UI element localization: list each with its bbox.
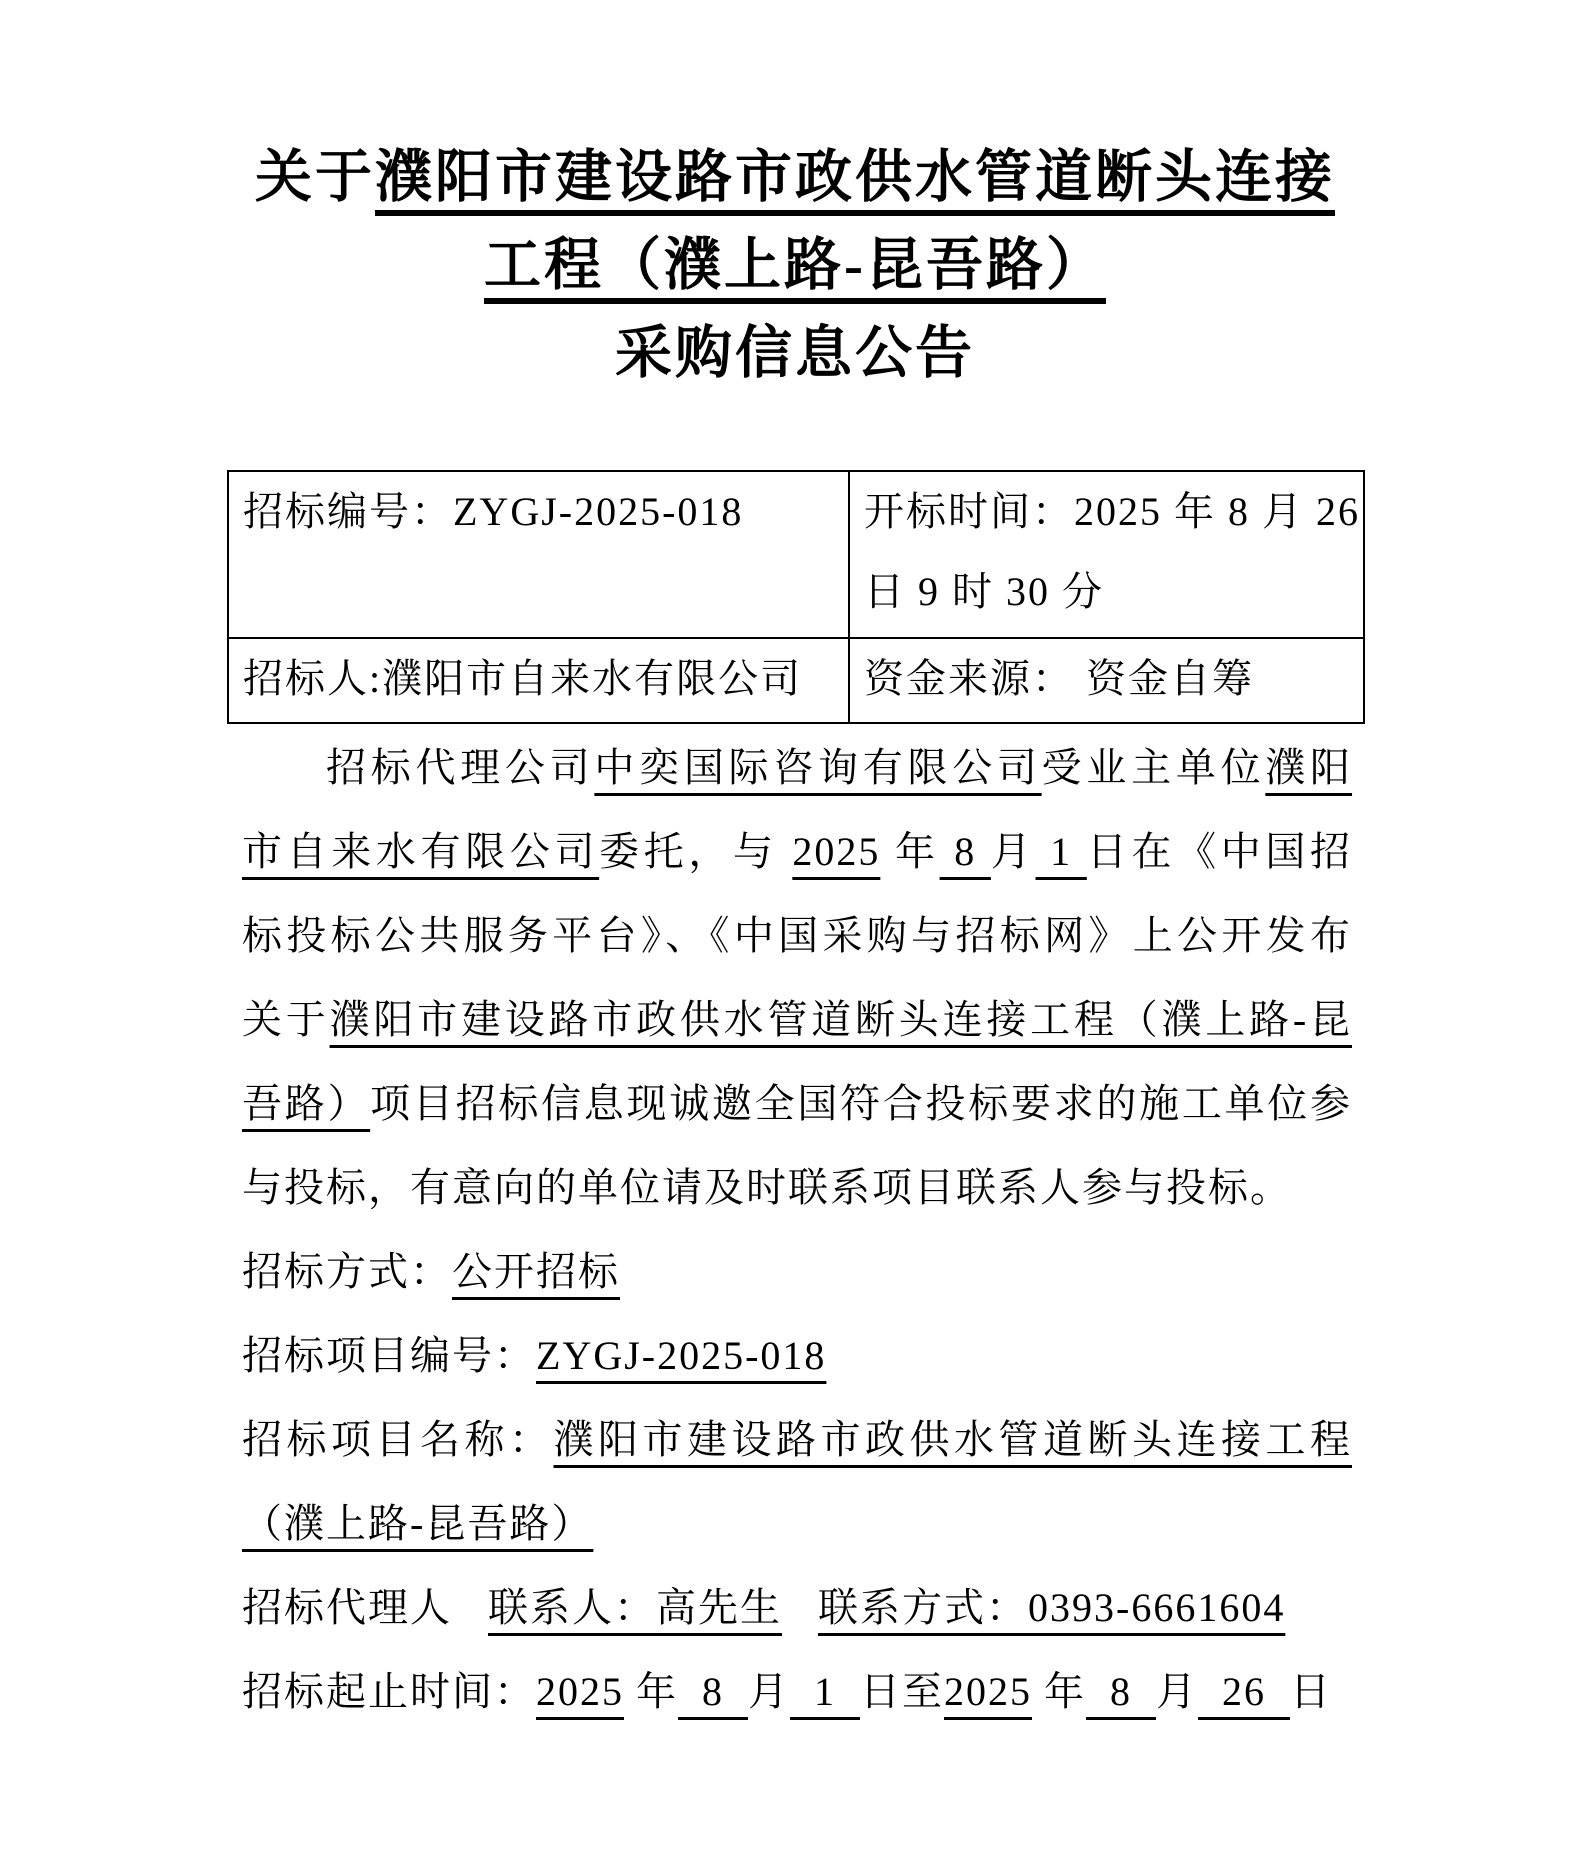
body-line: 与投标，有意向的单位请及时联系项目联系人参与投标。 [242,1146,1352,1230]
text-run: 受业主单位 [1042,745,1266,790]
text-run: 开标时间：2025 年 8 月 26 [864,489,1360,534]
cell-line: 资金来源： 资金自筹 [864,639,1349,719]
document-page: 关于濮阳市建设路市政供水管道断头连接工程（濮上路-昆吾路）采购信息公告 招标编号… [0,0,1587,1851]
cell-line: 开标时间：2025 年 8 月 26 [864,472,1349,552]
table-row: 招标人:濮阳市自来水有限公司资金来源： 资金自筹 [228,638,1364,723]
underlined-text-run: 26 [1198,1669,1290,1714]
text-run: 资金来源： 资金自筹 [864,656,1254,701]
underlined-text-run: 濮阳市建设路市政供水管道断头连接工程（濮上路-昆 [330,997,1352,1042]
document-title: 关于濮阳市建设路市政供水管道断头连接工程（濮上路-昆吾路）采购信息公告 [227,134,1363,398]
text-run: 委托，与 [599,829,792,874]
underlined-text-run: （濮上路-昆吾路） [242,1501,593,1546]
underlined-text-run: 濮阳市建设路市政供水管道断头连接 [375,146,1335,209]
text-run [452,1585,488,1630]
text-run: 月 [1156,1669,1198,1714]
text-run: 年 [880,829,939,874]
table-row: 招标编号：ZYGJ-2025-018开标时间：2025 年 8 月 26日 9 … [228,471,1364,638]
info-table: 招标编号：ZYGJ-2025-018开标时间：2025 年 8 月 26日 9 … [227,470,1365,724]
text-run: 标投标公共服务平台》、《中国采购与招标网》上公开发布 [242,913,1352,958]
underlined-text-run: ZYGJ-2025-018 [536,1333,826,1378]
underlined-text-run: 8 [678,1669,748,1714]
body-line: 标投标公共服务平台》、《中国采购与招标网》上公开发布 [242,894,1352,978]
underlined-text-run: 中奕国际咨询有限公司 [594,745,1041,790]
underlined-text-run: 联系方式：0393-6661604 [818,1585,1285,1630]
text-run: 招标人:濮阳市自来水有限公司 [243,656,802,701]
text-run: 招标代理人 [242,1585,452,1630]
body-line: 市自来水有限公司委托，与 2025 年 8 月 1 日在《中国招 [242,810,1352,894]
underlined-text-run: 工程（濮上路-昆吾路） [484,234,1106,297]
text-run: 月 [991,829,1036,874]
body-line: 招标项目名称：濮阳市建设路市政供水管道断头连接工程 [242,1398,1352,1482]
text-run: 日至 [860,1669,944,1714]
table-cell: 招标编号：ZYGJ-2025-018 [228,471,849,638]
text-run: 年 [1032,1669,1086,1714]
body-line: （濮上路-昆吾路） [242,1482,1352,1566]
underlined-text-run: 濮阳 [1265,745,1352,790]
text-run: 招标编号：ZYGJ-2025-018 [243,489,743,534]
text-run: 月 [748,1669,790,1714]
body-line: 招标代理人 联系人：高先生 联系方式：0393-6661604 [242,1566,1352,1650]
table-cell: 开标时间：2025 年 8 月 26日 9 时 30 分 [849,471,1364,638]
underlined-text-run: 1 [1036,829,1087,874]
underlined-text-run: 濮阳市建设路市政供水管道断头连接工程 [554,1417,1353,1462]
underlined-text-run: 1 [790,1669,860,1714]
text-run: 关于 [255,146,375,209]
underlined-text-run: 吾路） [242,1081,370,1126]
text-run: 项目招标信息现诚邀全国符合投标要求的施工单位参 [370,1081,1352,1126]
text-run: 招标方式： [242,1249,452,1294]
underlined-text-run: 市自来水有限公司 [242,829,599,874]
text-run: 招标项目名称： [242,1417,554,1462]
underlined-text-run: 8 [1086,1669,1156,1714]
underlined-text-run: 2025 [792,829,880,874]
text-run: 招标代理公司 [326,745,594,790]
body-line: 关于濮阳市建设路市政供水管道断头连接工程（濮上路-昆 [242,978,1352,1062]
text-run: 招标起止时间： [242,1669,536,1714]
body-line: 招标起止时间：2025 年 8 月 1 日至2025 年 8 月 26 日 [242,1650,1352,1734]
text-run: 日 9 时 30 分 [864,569,1104,614]
text-run: 日 [1290,1669,1332,1714]
underlined-text-run: 2025 [944,1669,1032,1714]
table-cell: 招标人:濮阳市自来水有限公司 [228,638,849,723]
underlined-text-run: 2025 [536,1669,624,1714]
cell-line: 日 9 时 30 分 [864,552,1349,632]
title-line: 关于濮阳市建设路市政供水管道断头连接 [227,134,1363,222]
table-cell: 资金来源： 资金自筹 [849,638,1364,723]
text-run: 招标项目编号： [242,1333,536,1378]
body-line: 招标项目编号：ZYGJ-2025-018 [242,1314,1352,1398]
title-line: 采购信息公告 [227,310,1363,398]
text-run: 关于 [242,997,330,1042]
title-line: 工程（濮上路-昆吾路） [227,222,1363,310]
underlined-text-run: 公开招标 [452,1249,620,1294]
cell-line: 招标编号：ZYGJ-2025-018 [243,472,834,552]
text-run [782,1585,818,1630]
body-line: 招标代理公司中奕国际咨询有限公司受业主单位濮阳 [242,726,1352,810]
document-body: 招标代理公司中奕国际咨询有限公司受业主单位濮阳市自来水有限公司委托，与 2025… [242,726,1352,1734]
underlined-text-run: 8 [940,829,991,874]
text-run: 日在《中国招 [1087,829,1352,874]
cell-line: 招标人:濮阳市自来水有限公司 [243,639,834,719]
text-run: 采购信息公告 [615,322,975,385]
underlined-text-run: 联系人：高先生 [488,1585,782,1630]
text-run: 与投标，有意向的单位请及时联系项目联系人参与投标。 [242,1165,1292,1210]
body-line: 吾路）项目招标信息现诚邀全国符合投标要求的施工单位参 [242,1062,1352,1146]
text-run: 年 [624,1669,678,1714]
body-line: 招标方式：公开招标 [242,1230,1352,1314]
